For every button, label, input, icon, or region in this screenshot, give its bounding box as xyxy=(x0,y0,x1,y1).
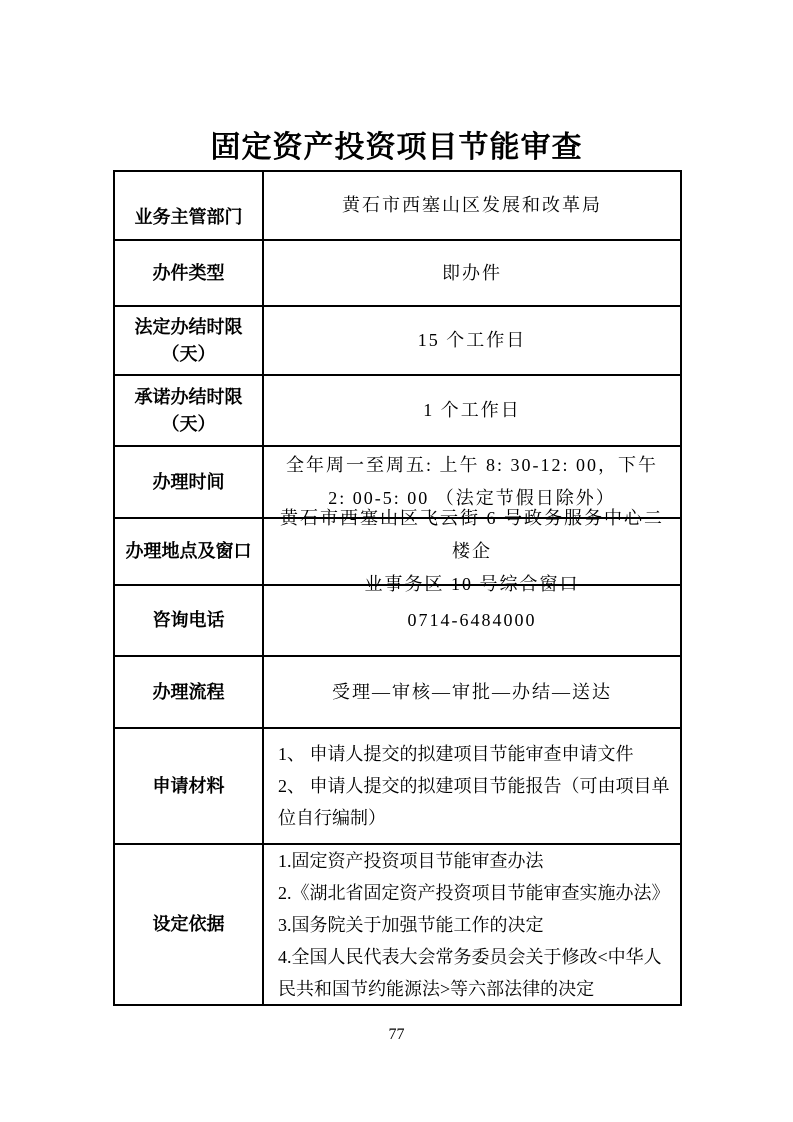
row-label-consult-phone: 咨询电话 xyxy=(115,586,264,655)
row-value-statutory-time-limit: 15 个工作日 xyxy=(264,307,680,374)
page-number: 77 xyxy=(0,1026,793,1044)
row-value-process-flow: 受理—审核—审批—办结—送达 xyxy=(264,657,680,727)
row-value-setting-basis: 1.固定资产投资项目节能审查办法 2.《湖北省固定资产投资项目节能审查实施办法》… xyxy=(264,845,680,1004)
row-label-business-dept: 业务主管部门 xyxy=(115,172,264,239)
row-label-promised-time-limit: 承诺办结时限 （天） xyxy=(115,376,264,445)
row-value-consult-phone: 0714-6484000 xyxy=(264,586,680,655)
row-value-item-type: 即办件 xyxy=(264,241,680,305)
row-label-application-materials: 申请材料 xyxy=(115,729,264,843)
table-row-service-location: 办理地点及窗口 黄石市西塞山区飞云街 6 号政务服务中心二楼企 业事务区 10 … xyxy=(115,519,680,586)
service-info-table: 业务主管部门 黄石市西塞山区发展和改革局 办件类型 即办件 法定办结时限 （天）… xyxy=(113,170,682,1006)
row-label-service-hours: 办理时间 xyxy=(115,447,264,517)
table-row-consult-phone: 咨询电话 0714-6484000 xyxy=(115,586,680,657)
table-row-business-dept: 业务主管部门 黄石市西塞山区发展和改革局 xyxy=(115,172,680,241)
row-label-item-type: 办件类型 xyxy=(115,241,264,305)
table-row-application-materials: 申请材料 1、 申请人提交的拟建项目节能审查申请文件 2、 申请人提交的拟建项目… xyxy=(115,729,680,845)
row-value-service-location: 黄石市西塞山区飞云街 6 号政务服务中心二楼企 业事务区 10 号综合窗口 xyxy=(264,519,680,584)
row-value-business-dept: 黄石市西塞山区发展和改革局 xyxy=(264,172,680,239)
row-label-process-flow: 办理流程 xyxy=(115,657,264,727)
table-row-process-flow: 办理流程 受理—审核—审批—办结—送达 xyxy=(115,657,680,729)
table-row-statutory-time-limit: 法定办结时限 （天） 15 个工作日 xyxy=(115,307,680,376)
table-row-item-type: 办件类型 即办件 xyxy=(115,241,680,307)
row-label-setting-basis: 设定依据 xyxy=(115,845,264,1004)
document-page: 固定资产投资项目节能审查 业务主管部门 黄石市西塞山区发展和改革局 办件类型 即… xyxy=(0,0,793,1122)
row-label-service-location: 办理地点及窗口 xyxy=(115,519,264,584)
page-title: 固定资产投资项目节能审查 xyxy=(0,128,793,168)
row-value-promised-time-limit: 1 个工作日 xyxy=(264,376,680,445)
row-value-application-materials: 1、 申请人提交的拟建项目节能审查申请文件 2、 申请人提交的拟建项目节能报告（… xyxy=(264,729,680,843)
row-label-statutory-time-limit: 法定办结时限 （天） xyxy=(115,307,264,374)
table-row-setting-basis: 设定依据 1.固定资产投资项目节能审查办法 2.《湖北省固定资产投资项目节能审查… xyxy=(115,845,680,1004)
table-row-promised-time-limit: 承诺办结时限 （天） 1 个工作日 xyxy=(115,376,680,447)
